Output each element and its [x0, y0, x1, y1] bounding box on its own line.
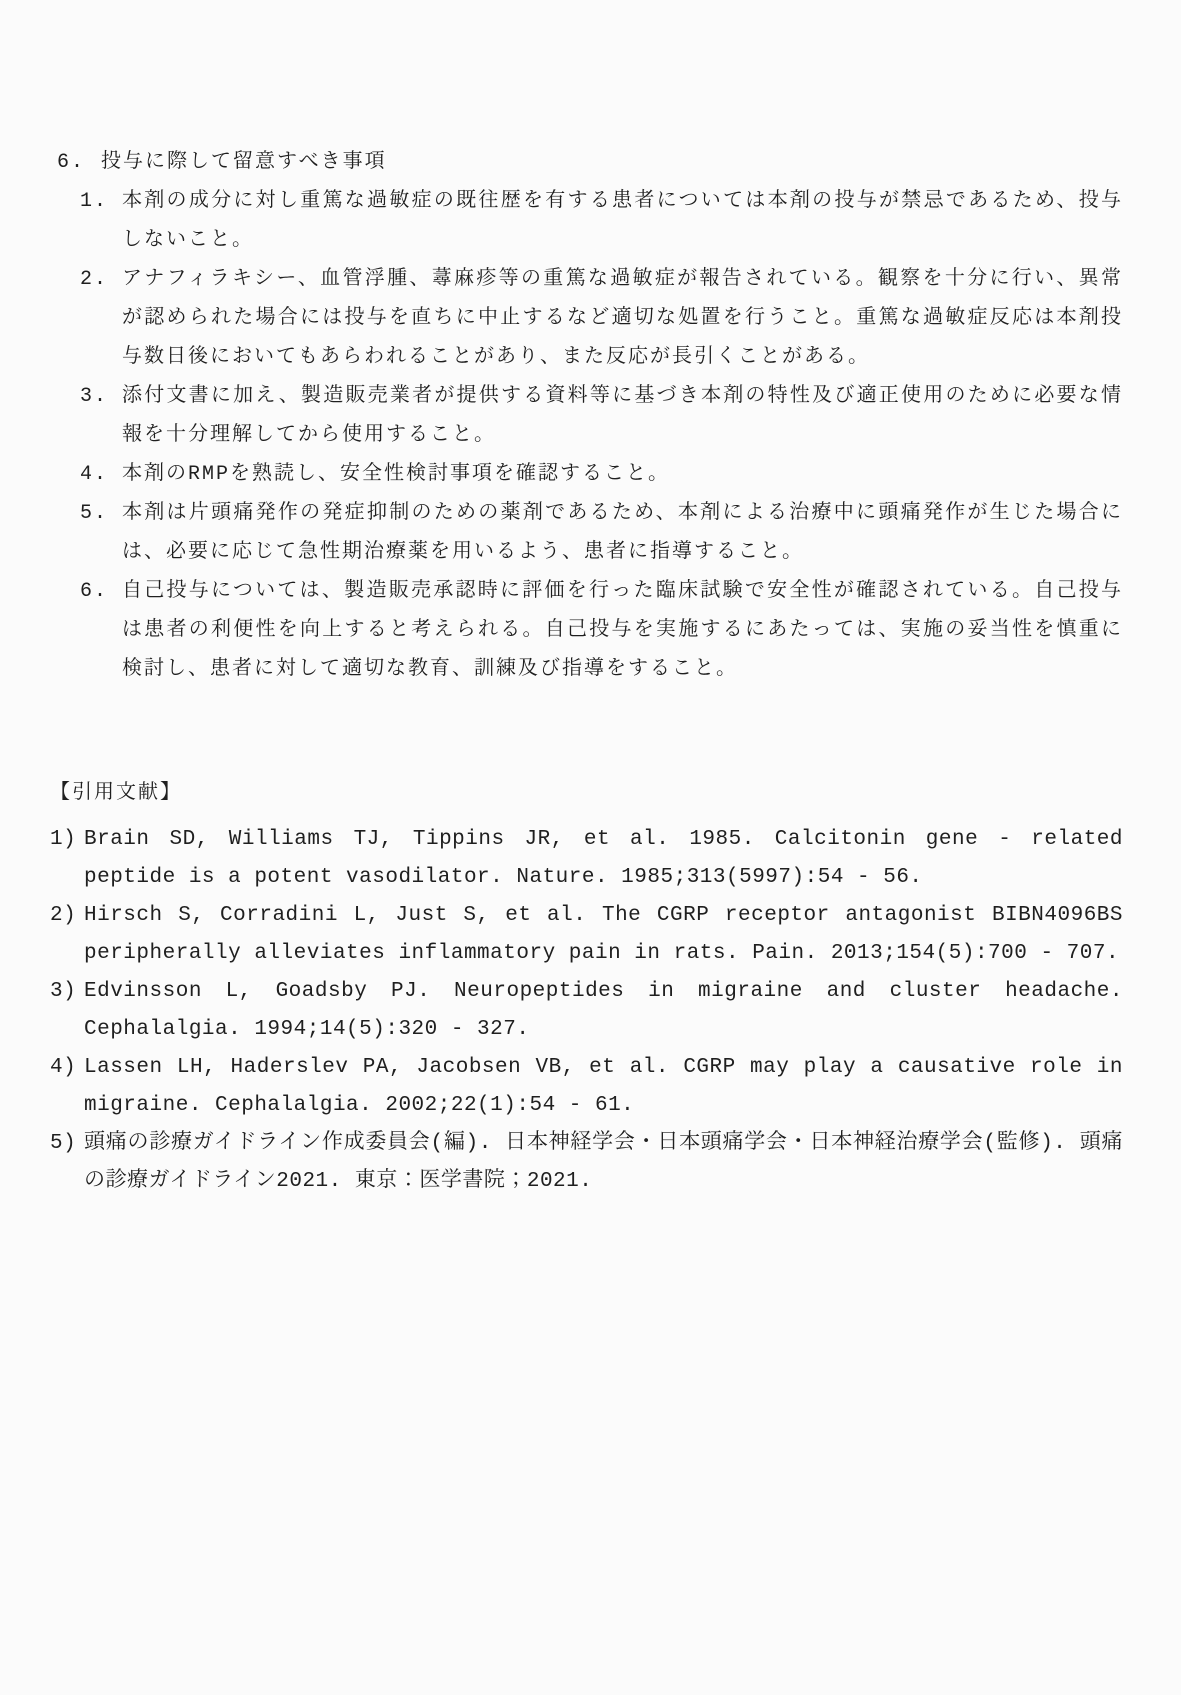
document-page: 6. 投与に際して留意すべき事項 1. 本剤の成分に対し重篤な過敏症の既往歴を有… [0, 0, 1181, 1695]
list-item: 6. 自己投与については、製造販売承認時に評価を行った臨床試験で安全性が確認され… [80, 572, 1123, 689]
list-item-number: 4. [80, 455, 122, 494]
list-item-number: 6. [80, 572, 122, 689]
reference-text: Hirsch S, Corradini L, Just S, et al. Th… [84, 897, 1123, 973]
list-item: 5. 本剤は片頭痛発作の発症抑制のための薬剤であるため、本剤による治療中に頭痛発… [80, 494, 1123, 572]
reference-number: 3) [50, 973, 84, 1049]
reference-text: Edvinsson L, Goadsby PJ. Neuropeptides i… [84, 973, 1123, 1049]
list-item-number: 3. [80, 377, 122, 455]
list-item: 3. 添付文書に加え、製造販売業者が提供する資料等に基づき本剤の特性及び適正使用… [80, 377, 1123, 455]
reference-number: 4) [50, 1049, 84, 1125]
reference-item: 1) Brain SD, Williams TJ, Tippins JR, et… [50, 821, 1123, 897]
reference-text: Brain SD, Williams TJ, Tippins JR, et al… [84, 821, 1123, 897]
list-item-text: 添付文書に加え、製造販売業者が提供する資料等に基づき本剤の特性及び適正使用のため… [122, 377, 1123, 455]
list-item: 2. アナフィラキシー、血管浮腫、蕁麻疹等の重篤な過敏症が報告されている。観察を… [80, 260, 1123, 377]
reference-item: 3) Edvinsson L, Goadsby PJ. Neuropeptide… [50, 973, 1123, 1049]
reference-item: 4) Lassen LH, Haderslev PA, Jacobsen VB,… [50, 1049, 1123, 1125]
list-item-number: 5. [80, 494, 122, 572]
references-heading: 【引用文献】 [50, 774, 1123, 813]
section-heading: 6. 投与に際して留意すべき事項 [57, 143, 1123, 182]
reference-item: 5) 頭痛の診療ガイドライン作成委員会(編). 日本神経学会・日本頭痛学会・日本… [50, 1125, 1123, 1201]
reference-text: Lassen LH, Haderslev PA, Jacobsen VB, et… [84, 1049, 1123, 1125]
references-section: 【引用文献】 1) Brain SD, Williams TJ, Tippins… [57, 774, 1123, 1201]
reference-text: 頭痛の診療ガイドライン作成委員会(編). 日本神経学会・日本頭痛学会・日本神経治… [84, 1125, 1123, 1201]
list-item: 1. 本剤の成分に対し重篤な過敏症の既往歴を有する患者については本剤の投与が禁忌… [80, 182, 1123, 260]
reference-number: 1) [50, 821, 84, 897]
list-item-text: アナフィラキシー、血管浮腫、蕁麻疹等の重篤な過敏症が報告されている。観察を十分に… [122, 260, 1123, 377]
reference-number: 5) [50, 1125, 84, 1201]
list-item-number: 2. [80, 260, 122, 377]
list-item-text: 本剤は片頭痛発作の発症抑制のための薬剤であるため、本剤による治療中に頭痛発作が生… [122, 494, 1123, 572]
list-item: 4. 本剤のRMPを熟読し、安全性検討事項を確認すること。 [80, 455, 1123, 494]
section-title: 投与に際して留意すべき事項 [101, 143, 387, 182]
list-item-number: 1. [80, 182, 122, 260]
section-administration-precautions: 6. 投与に際して留意すべき事項 1. 本剤の成分に対し重篤な過敏症の既往歴を有… [57, 143, 1123, 689]
reference-list: 1) Brain SD, Williams TJ, Tippins JR, et… [57, 821, 1123, 1201]
list-item-text: 自己投与については、製造販売承認時に評価を行った臨床試験で安全性が確認されている… [122, 572, 1123, 689]
list-item-text: 本剤のRMPを熟読し、安全性検討事項を確認すること。 [122, 455, 1123, 494]
precaution-list: 1. 本剤の成分に対し重篤な過敏症の既往歴を有する患者については本剤の投与が禁忌… [57, 182, 1123, 689]
reference-item: 2) Hirsch S, Corradini L, Just S, et al.… [50, 897, 1123, 973]
section-number: 6. [57, 143, 101, 182]
reference-number: 2) [50, 897, 84, 973]
list-item-text: 本剤の成分に対し重篤な過敏症の既往歴を有する患者については本剤の投与が禁忌である… [122, 182, 1123, 260]
